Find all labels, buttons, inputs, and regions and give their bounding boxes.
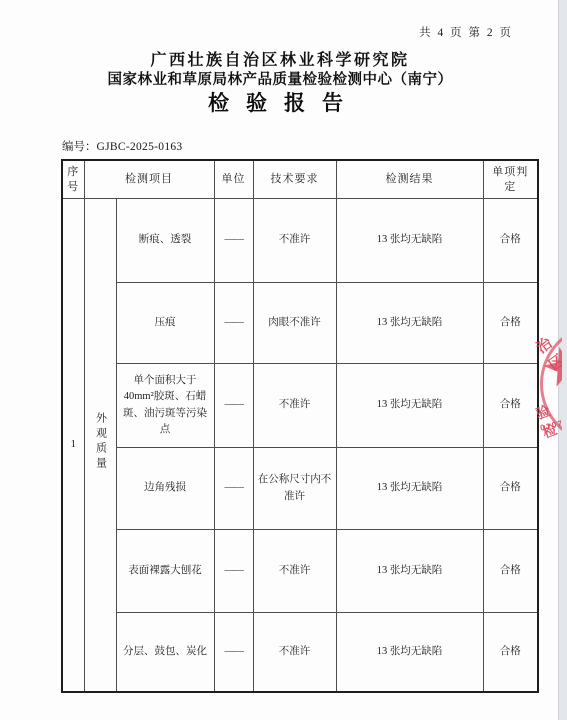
- result-value: 13 张均无缺陷: [336, 364, 483, 448]
- requirement-value: 肉眼不准许: [253, 283, 336, 364]
- report-title: 检验报告: [0, 87, 560, 117]
- seq-number: 1: [62, 199, 84, 692]
- unit-value: ——: [214, 530, 253, 613]
- item-name: 表面裸露大刨花: [116, 530, 214, 613]
- table-row: 压痕 —— 肉眼不准许 13 张均无缺陷 合格: [62, 283, 538, 364]
- verdict-value: 合格: [483, 283, 538, 364]
- item-name: 断痕、透裂: [116, 199, 214, 283]
- col-header-unit: 单位: [214, 160, 253, 199]
- result-value: 13 张均无缺陷: [336, 199, 483, 283]
- unit-value: ——: [214, 448, 253, 530]
- result-value: 13 张均无缺陷: [336, 530, 483, 613]
- page-number: 共 4 页 第 2 页: [419, 24, 513, 40]
- verdict-value: 合格: [483, 613, 538, 692]
- table-row: 单个面积大于 40mm²胶斑、石蜡斑、油污斑等污染点 —— 不准许 13 张均无…: [62, 364, 538, 448]
- requirement-value: 在公称尺寸内不准许: [253, 448, 336, 530]
- item-name: 压痕: [116, 283, 214, 364]
- organization-name-line2: 国家林业和草原局林产品质量检验检测中心（南宁）: [0, 68, 560, 89]
- table-row: 1 外观质量 断痕、透裂 —— 不准许 13 张均无缺陷 合格: [62, 199, 538, 283]
- requirement-value: 不准许: [253, 364, 336, 448]
- col-header-result: 检测结果: [336, 160, 483, 199]
- item-name: 分层、鼓包、炭化: [116, 613, 214, 692]
- col-header-verdict: 单项判定: [483, 160, 538, 199]
- table-row: 边角残损 —— 在公称尺寸内不准许 13 张均无缺陷 合格: [62, 448, 538, 530]
- ref-value: GJBC-2025-0163: [97, 141, 183, 153]
- report-ref-number: 编号：GJBC-2025-0163: [62, 138, 182, 154]
- requirement-value: 不准许: [253, 199, 336, 283]
- table-header-row: 序号 检测项目 单位 技术要求 检测结果 单项判定: [62, 160, 538, 199]
- requirement-value: 不准许: [253, 613, 336, 692]
- category-appearance-quality: 外观质量: [84, 199, 116, 692]
- unit-value: ——: [214, 364, 253, 448]
- result-value: 13 张均无缺陷: [336, 613, 483, 692]
- table-row: 分层、鼓包、炭化 —— 不准许 13 张均无缺陷 合格: [62, 613, 538, 692]
- unit-value: ——: [214, 283, 253, 364]
- result-value: 13 张均无缺陷: [336, 448, 483, 530]
- item-name: 单个面积大于 40mm²胶斑、石蜡斑、油污斑等污染点: [116, 364, 214, 448]
- verdict-value: 合格: [483, 530, 538, 613]
- item-name: 边角残损: [116, 448, 214, 530]
- verdict-value: 合格: [483, 364, 538, 448]
- col-header-seq: 序号: [62, 160, 84, 199]
- result-value: 13 张均无缺陷: [336, 283, 483, 364]
- inspection-results-table: 序号 检测项目 单位 技术要求 检测结果 单项判定 1 外观质量 断痕、透裂 —…: [61, 159, 539, 693]
- organization-name-line1: 广西壮族自治区林业科学研究院: [0, 47, 560, 70]
- col-header-requirement: 技术要求: [253, 160, 336, 199]
- unit-value: ——: [214, 199, 253, 283]
- ref-label: 编号：: [62, 141, 97, 153]
- unit-value: ——: [214, 613, 253, 692]
- verdict-value: 合格: [483, 448, 538, 530]
- table-row: 表面裸露大刨花 —— 不准许 13 张均无缺陷 合格: [62, 530, 538, 613]
- verdict-value: 合格: [483, 199, 538, 283]
- col-header-item: 检测项目: [84, 160, 214, 199]
- requirement-value: 不准许: [253, 530, 336, 613]
